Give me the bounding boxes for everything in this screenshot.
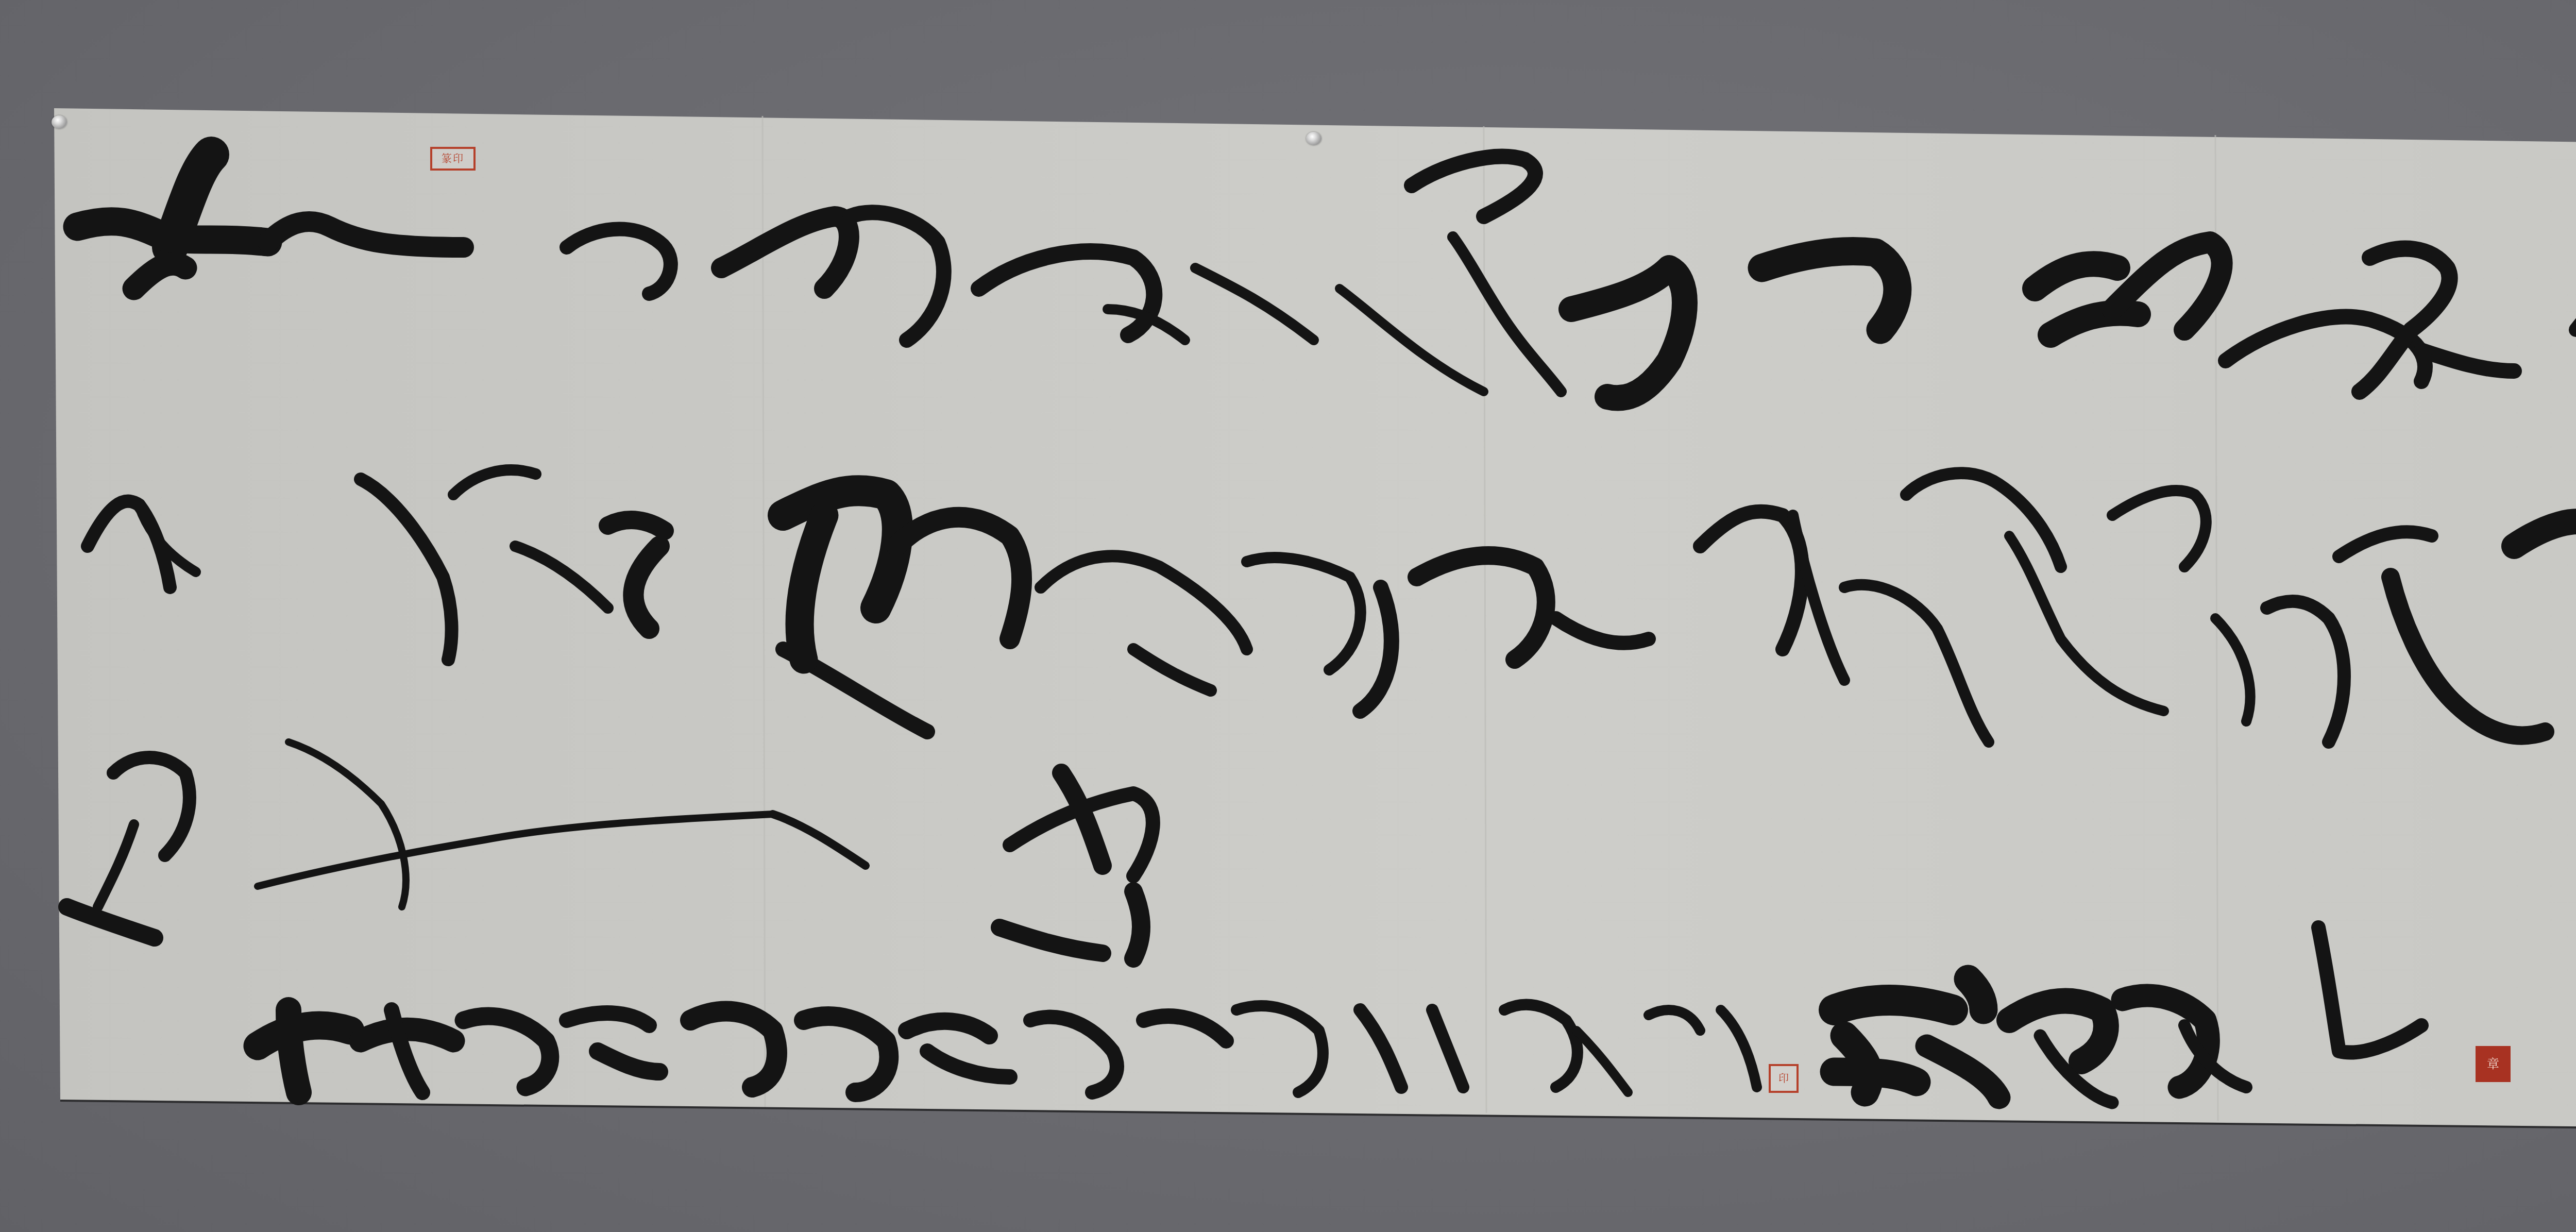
scroll-artwork <box>0 0 2576 1232</box>
pin-top-center <box>1306 132 1321 145</box>
leading-seal: 篆印 <box>430 147 476 171</box>
signature-seal-outline: 印 <box>1769 1064 1799 1093</box>
pin-top-left <box>52 115 67 129</box>
signature-seal-filled: 章 <box>2476 1046 2511 1082</box>
calligraphy-scroll: 篆印 印 章 <box>0 0 2576 1232</box>
paper-sheet <box>54 108 2576 1131</box>
